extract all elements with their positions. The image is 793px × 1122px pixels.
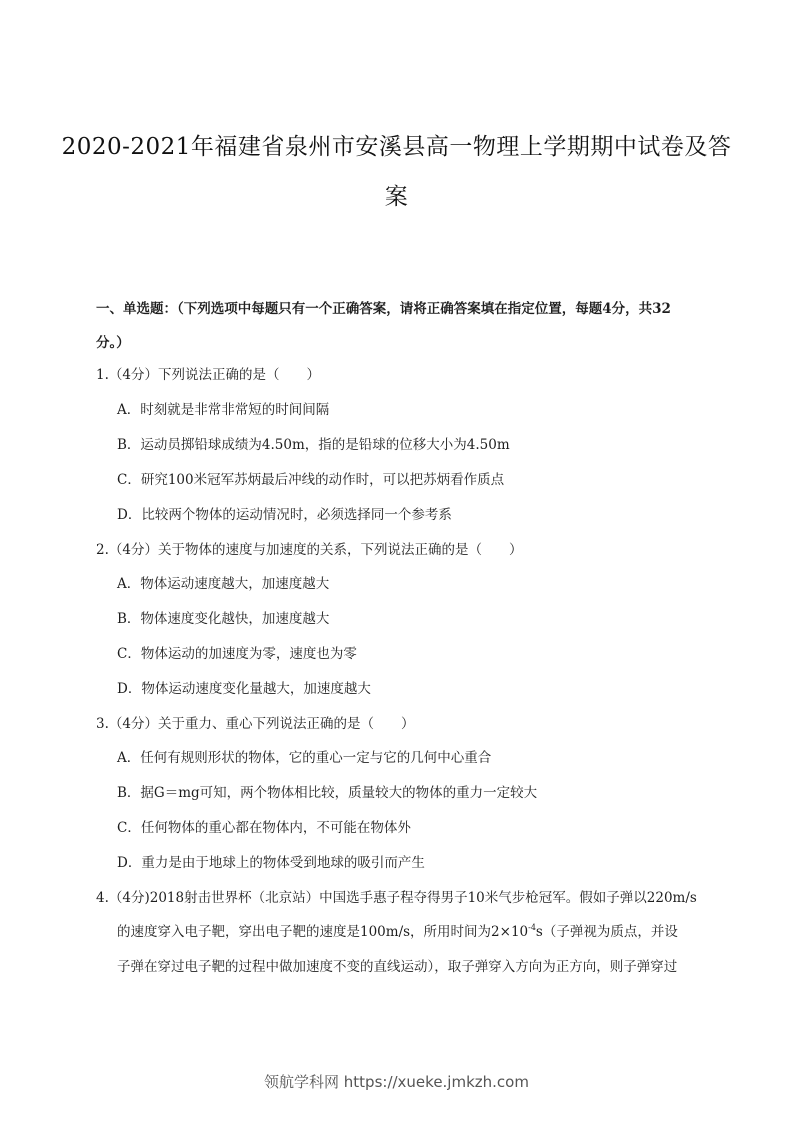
- page-footer-watermark: 领航学科网 https://xueke.jmkzh.com: [0, 1071, 793, 1092]
- question-4-stem-line3: 子弹在穿过电子靶的过程中做加速度不变的直线运动），取子弹穿入方向为正方向，则子弹…: [117, 955, 677, 975]
- question-2-stem: 2.（4分）关于物体的速度与加速度的关系，下列说法正确的是（ ）: [96, 538, 522, 558]
- question-3-option-c: C．任何物体的重心都在物体内，不可能在物体外: [117, 816, 411, 836]
- question-3-option-a: A．任何有规则形状的物体，它的重心一定与它的几何中心重合: [117, 746, 491, 766]
- question-3-stem: 3.（4分）关于重力、重心下列说法正确的是（ ）: [96, 712, 414, 732]
- section-heading-line1: 一、单选题：（下列选项中每题只有一个正确答案，请将正确答案填在指定位置，每题4分…: [96, 297, 671, 317]
- question-2-option-c: C．物体运动的加速度为零，速度也为零: [117, 642, 357, 662]
- question-2-option-b: B．物体速度变化越快，加速度越大: [117, 607, 329, 627]
- question-3-option-b: B．据G＝mg可知，两个物体相比较，质量较大的物体的重力一定较大: [117, 781, 537, 801]
- question-1-option-b: B．运动员掷铅球成绩为4.50m，指的是铅球的位移大小为4.50m: [117, 433, 510, 453]
- question-4-stem-line1: 4.（4分)2018射击世界杯（北京站）中国选手惠子程夺得男子10米气步枪冠军。…: [96, 886, 697, 906]
- question-1-option-c: C．研究100米冠军苏炳最后冲线的动作时，可以把苏炳看作质点: [117, 468, 504, 488]
- question-4-stem-line2-part2: s（子弹视为质点，并设: [536, 924, 678, 940]
- question-2-option-d: D．物体运动速度变化量越大，加速度越大: [117, 677, 371, 697]
- question-2-option-a: A．物体运动速度越大，加速度越大: [117, 572, 329, 592]
- question-1-stem: 1.（4分）下列说法正确的是（ ）: [96, 363, 320, 383]
- question-4-stem-line2: 的速度穿入电子靶，穿出电子靶的速度是100m/s，所用时间为2×10-4s（子弹…: [117, 920, 678, 940]
- question-1-option-a: A．时刻就是非常非常短的时间间隔: [117, 398, 329, 418]
- question-4-stem-line2-part1: 的速度穿入电子靶，穿出电子靶的速度是100m/s，所用时间为2×10: [117, 924, 528, 940]
- question-3-option-d: D．重力是由于地球上的物体受到地球的吸引而产生: [117, 851, 425, 871]
- document-title-line1: 2020-2021年福建省泉州市安溪县高一物理上学期期中试卷及答: [60, 128, 733, 161]
- question-4-exponent: -4: [528, 923, 536, 932]
- section-heading-line2: 分。）: [96, 331, 130, 351]
- document-title-line2: 案: [60, 178, 733, 211]
- question-1-option-d: D．比较两个物体的运动情况时，必须选择同一个参考系: [117, 503, 452, 523]
